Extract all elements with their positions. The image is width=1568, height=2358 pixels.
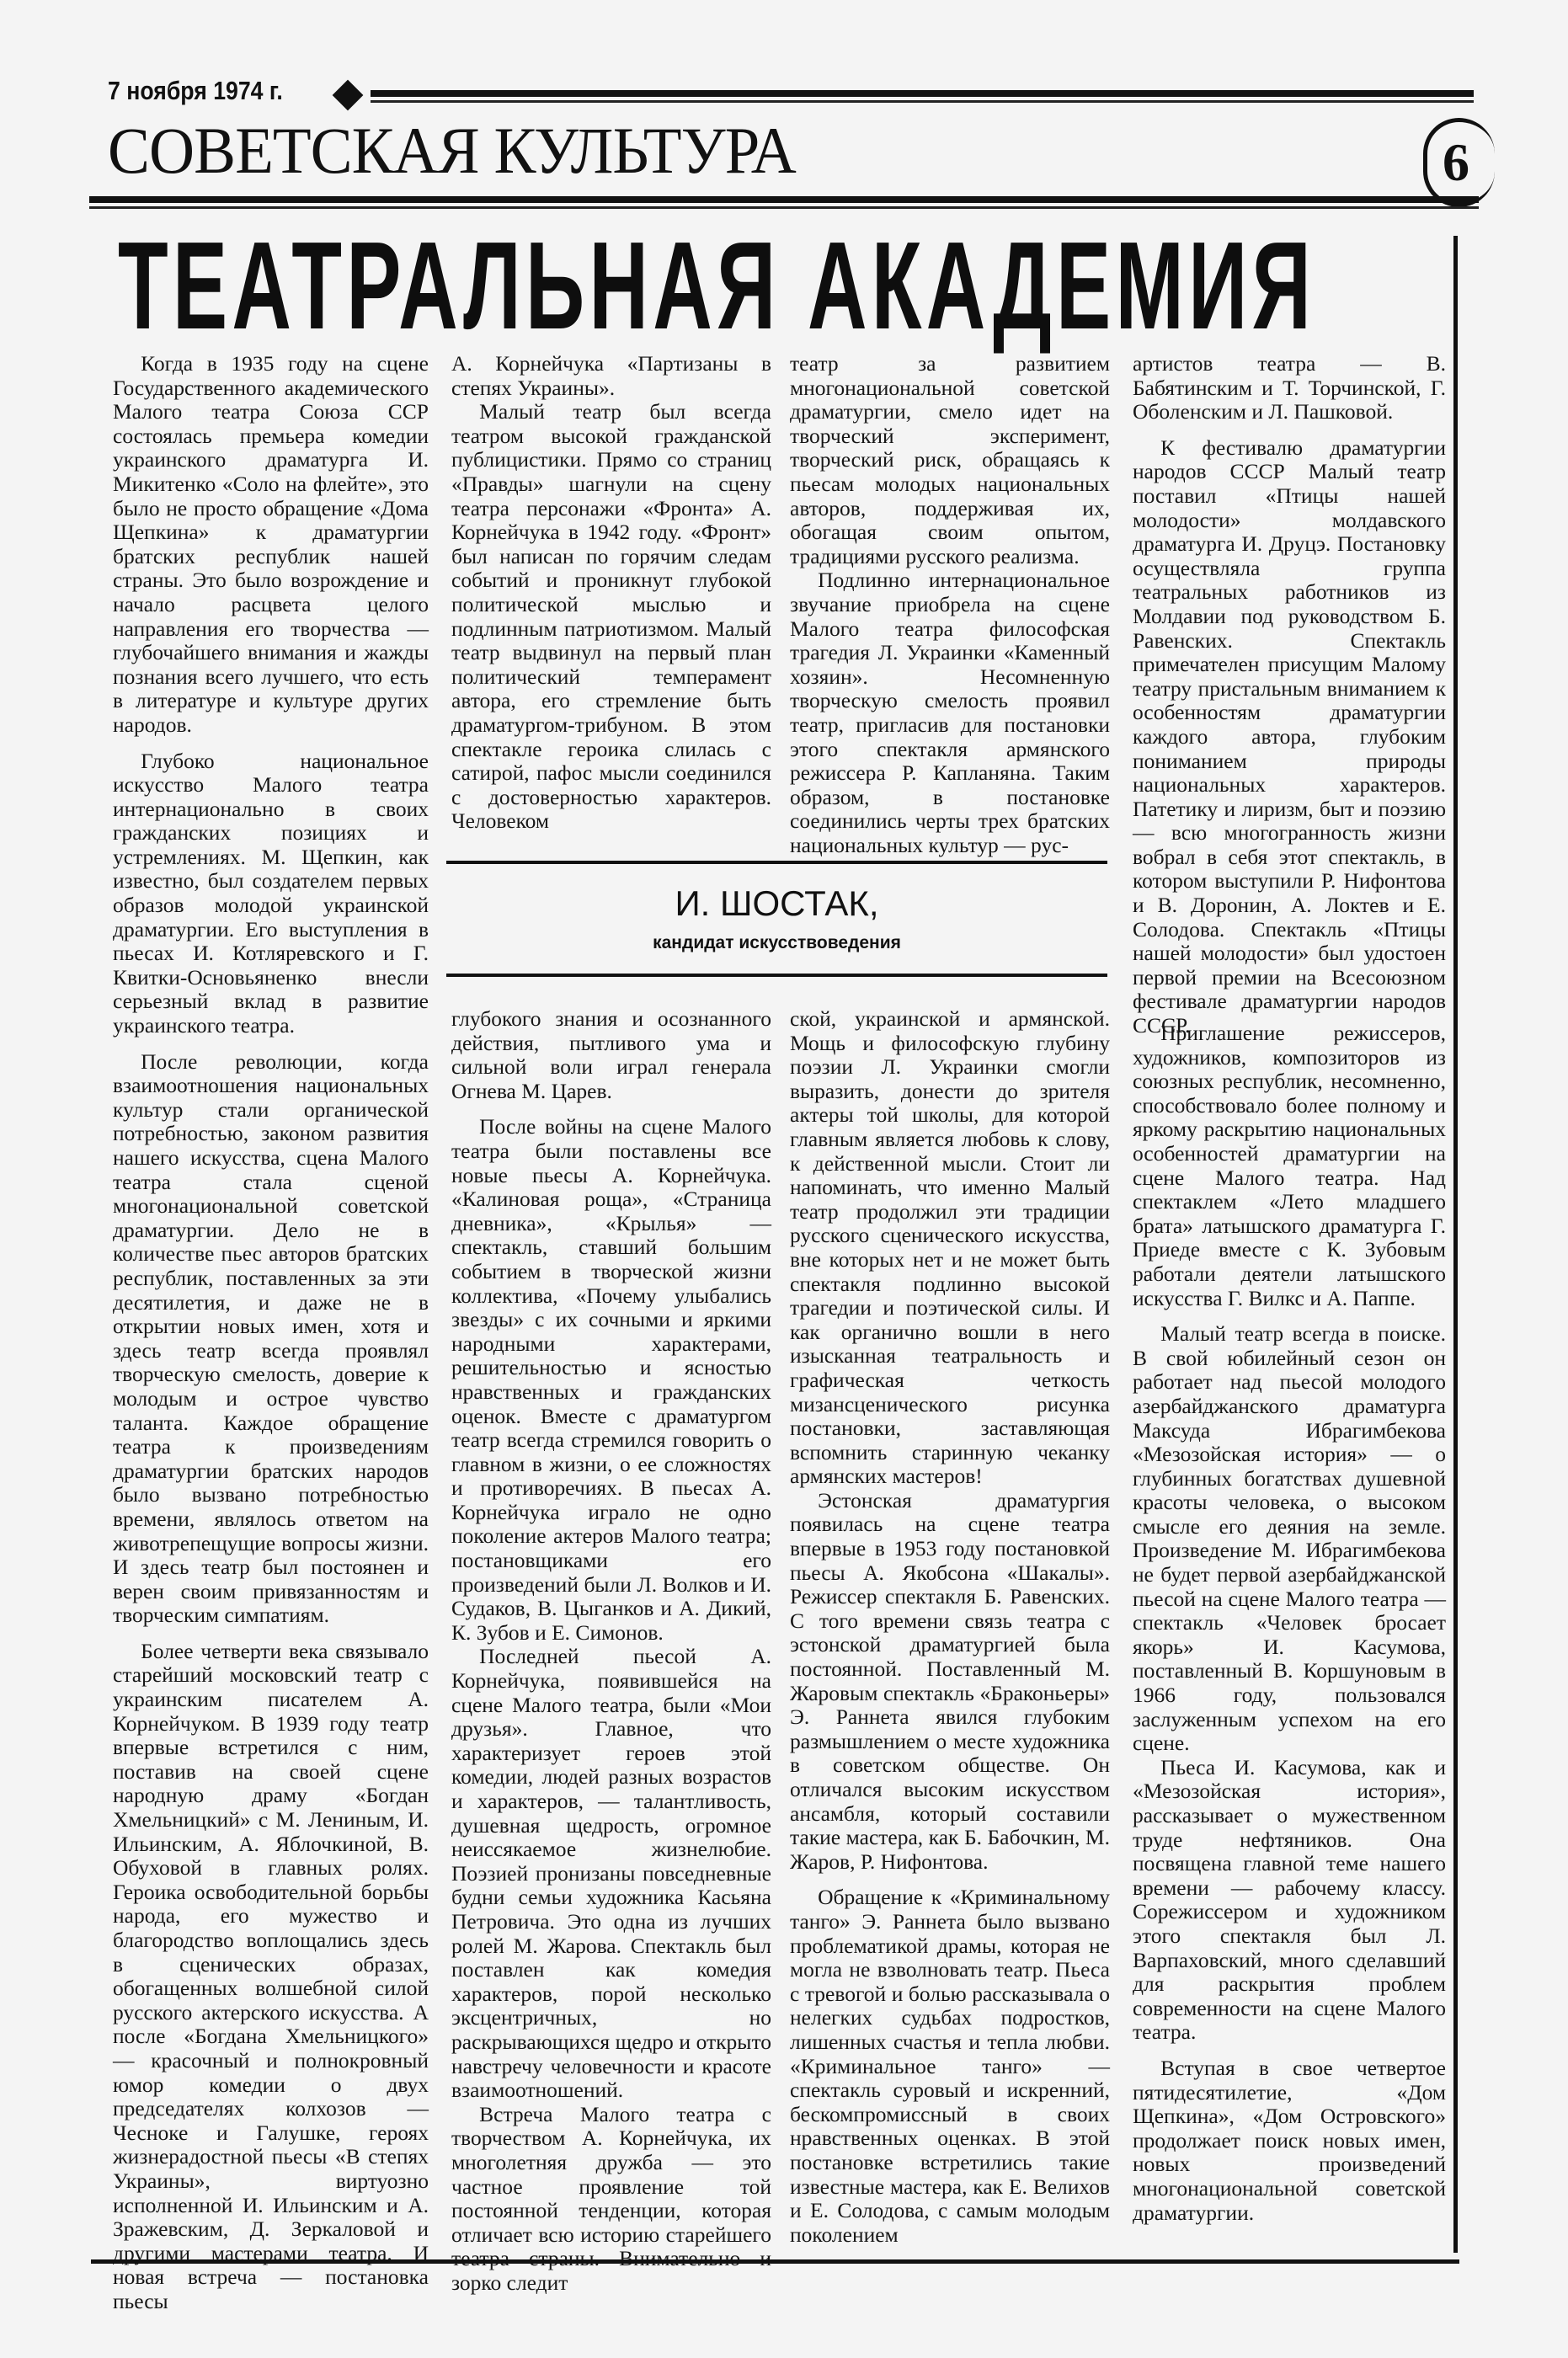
diamond-ornament-icon: [333, 80, 364, 111]
newspaper-page: 7 ноября 1974 г. СОВЕТСКАЯ КУЛЬТУРА 6 ТЕ…: [0, 0, 1568, 2358]
masthead-rule-thin: [89, 206, 1479, 209]
article-column-1: Когда в 1935 году на сцене Государственн…: [113, 352, 429, 2314]
paragraph: Последней пьесой А. Корнейчука, появивше…: [451, 1645, 771, 2102]
author-title: кандидат искусствоведения: [446, 933, 1107, 953]
paragraph: Встреча Малого театра с творчеством А. К…: [451, 2103, 771, 2296]
article-headline: ТЕАТРАЛЬНАЯ АКАДЕМИЯ: [118, 224, 1315, 349]
masthead-rule: [89, 196, 1479, 203]
byline-rule-top: [446, 861, 1107, 864]
paragraph: Эстонская драматургия появилась на сцене…: [790, 1489, 1110, 1875]
article-column-3-bottom: ской, украинской и армянской. Мощь и фил…: [790, 1007, 1110, 2247]
paragraph: Более четверти века связывало старейший …: [113, 1640, 429, 2314]
paragraph: артистов театра — В. Бабятинским и Т. То…: [1133, 352, 1446, 424]
issue-date: 7 ноября 1974 г.: [108, 76, 283, 106]
paragraph: После войны на сцене Малого театра были …: [451, 1115, 771, 1645]
article-column-4-bottom: Приглашение режиссеров, художников, комп…: [1133, 1022, 1446, 2225]
column-border-right: [1453, 236, 1458, 2253]
article-column-2-bottom: глубокого знания и осознанного действия,…: [451, 1007, 771, 2295]
paragraph: театр за развитием многонациональной сов…: [790, 352, 1110, 568]
page-number-badge: 6: [1423, 118, 1495, 207]
paragraph: К фестивалю драматургии народов СССР Мал…: [1133, 436, 1446, 1038]
header-rule-thin: [371, 100, 1474, 103]
paragraph: Пьеса И. Касумова, как и «Мезозойская ис…: [1133, 1756, 1446, 2045]
paragraph: Подлинно интернациональное звучание прио…: [790, 568, 1110, 857]
article-column-4-top: артистов театра — В. Бабятинским и Т. То…: [1133, 352, 1446, 1038]
article-column-3-top: театр за развитием многонациональной сов…: [790, 352, 1110, 857]
paragraph: Малый театр всегда в поиске. В свой юбил…: [1133, 1322, 1446, 1756]
paragraph: После революции, когда взаимоотношения н…: [113, 1050, 429, 1628]
byline-rule-bottom: [446, 974, 1107, 977]
paragraph: Глубоко национальное искусство Малого те…: [113, 750, 429, 1038]
newspaper-masthead: СОВЕТСКАЯ КУЛЬТУРА: [108, 118, 796, 184]
page-bottom-rule: [91, 2259, 1459, 2264]
header-rule: [371, 90, 1474, 97]
article-column-2-top: А. Корнейчука «Партизаны в степях Украин…: [451, 352, 771, 834]
paragraph: Приглашение режиссеров, художников, комп…: [1133, 1022, 1446, 1310]
paragraph: Обращение к «Криминальному танго» Э. Ран…: [790, 1886, 1110, 2247]
author-name: И. ШОСТАК,: [446, 886, 1107, 921]
paragraph: ской, украинской и армянской. Мощь и фил…: [790, 1007, 1110, 1489]
paragraph: глубокого знания и осознанного действия,…: [451, 1007, 771, 1103]
paragraph: Малый театр был всегда театром высокой г…: [451, 400, 771, 834]
paragraph: Когда в 1935 году на сцене Государственн…: [113, 352, 429, 738]
paragraph: А. Корнейчука «Партизаны в степях Украин…: [451, 352, 771, 400]
paragraph: Вступая в свое четвертое пятидесятилетие…: [1133, 2057, 1446, 2225]
